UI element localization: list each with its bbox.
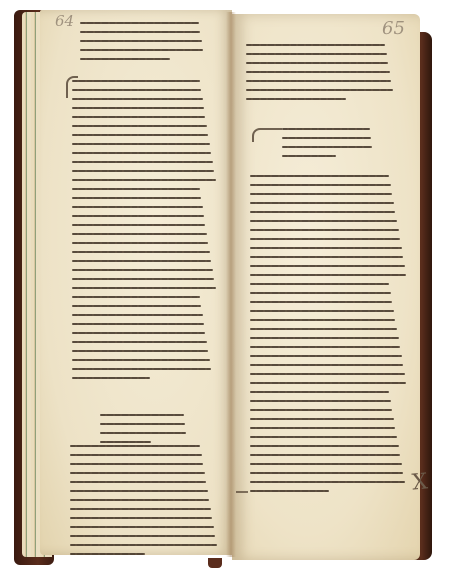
handwritten-line (250, 409, 392, 411)
handwritten-line (250, 256, 403, 258)
handwritten-line (72, 242, 208, 244)
handwritten-line (250, 400, 391, 402)
handwritten-line (250, 247, 402, 249)
handwritten-line (250, 211, 395, 213)
handwritten-line (246, 98, 346, 100)
handwritten-line (72, 341, 207, 343)
handwritten-line (80, 22, 199, 24)
heading-flourish (252, 128, 282, 142)
handwritten-line (246, 53, 387, 55)
handwritten-line (250, 355, 402, 357)
handwritten-line (250, 175, 389, 177)
handwritten-line (80, 31, 200, 33)
handwritten-line (72, 197, 201, 199)
handwritten-line (70, 454, 202, 456)
handwritten-line (100, 432, 186, 434)
handwritten-line (72, 89, 201, 91)
handwritten-line (72, 377, 150, 379)
handwritten-line (80, 40, 202, 42)
handwritten-line (72, 296, 200, 298)
handwritten-line (246, 80, 391, 82)
handwritten-line (72, 251, 210, 253)
handwritten-line (250, 346, 400, 348)
left-main-paragraph (72, 80, 217, 386)
handwritten-line (70, 544, 217, 546)
handwritten-line (250, 364, 403, 366)
book-gutter (226, 12, 236, 557)
handwritten-line (250, 283, 389, 285)
handwritten-line (72, 305, 201, 307)
handwritten-line (72, 350, 208, 352)
handwritten-line (72, 269, 213, 271)
handwritten-line (70, 508, 211, 510)
right-top-paragraph (246, 44, 404, 107)
handwritten-line (72, 224, 205, 226)
handwritten-line (72, 206, 203, 208)
handwritten-line (70, 472, 205, 474)
handwritten-line (72, 134, 208, 136)
handwritten-line (72, 107, 204, 109)
handwritten-line (250, 328, 397, 330)
folio-number-right: 65 (382, 18, 405, 39)
handwritten-line (72, 98, 203, 100)
handwritten-line (250, 490, 329, 492)
handwritten-line (72, 80, 200, 82)
handwritten-line (250, 202, 394, 204)
handwritten-line (70, 553, 145, 555)
handwritten-line (72, 260, 211, 262)
handwritten-line (246, 62, 388, 64)
handwritten-line (250, 445, 399, 447)
handwritten-line (250, 337, 399, 339)
handwritten-line (246, 89, 393, 91)
handwritten-line (70, 481, 206, 483)
handwritten-line (100, 441, 151, 443)
handwritten-line (250, 427, 395, 429)
margin-x-mark: X (411, 469, 429, 495)
handwritten-line (80, 49, 203, 51)
handwritten-line (246, 44, 385, 46)
handwritten-line (250, 274, 406, 276)
handwritten-line (250, 193, 392, 195)
handwritten-line (72, 125, 207, 127)
handwritten-line (250, 454, 400, 456)
handwritten-line (250, 292, 391, 294)
right-heading-paragraph (282, 128, 382, 164)
handwritten-line (250, 265, 405, 267)
handwritten-line (250, 418, 394, 420)
margin-annotation (236, 491, 248, 493)
handwritten-line (282, 137, 371, 139)
handwritten-line (250, 301, 392, 303)
handwritten-line (250, 310, 394, 312)
handwritten-line (250, 373, 405, 375)
handwritten-line (72, 314, 203, 316)
handwritten-line (72, 323, 204, 325)
handwritten-line (250, 220, 397, 222)
handwritten-line (72, 215, 204, 217)
handwritten-line (72, 179, 216, 181)
handwritten-line (250, 382, 406, 384)
handwritten-line (282, 146, 372, 148)
handwritten-line (72, 287, 216, 289)
left-closing-paragraph (70, 445, 218, 562)
handwritten-line (80, 58, 170, 60)
handwritten-line (100, 414, 184, 416)
handwritten-line (70, 535, 215, 537)
handwritten-line (250, 238, 400, 240)
handwritten-line (250, 184, 391, 186)
handwritten-line (250, 463, 402, 465)
folio-number-left: 64 (55, 12, 74, 30)
handwritten-line (72, 170, 214, 172)
handwritten-line (72, 143, 210, 145)
handwritten-line (72, 368, 211, 370)
handwritten-line (72, 359, 210, 361)
handwritten-line (250, 481, 405, 483)
handwritten-line (70, 463, 203, 465)
handwritten-line (250, 229, 399, 231)
right-main-paragraph (250, 175, 408, 499)
handwritten-line (250, 436, 397, 438)
handwritten-line (246, 71, 390, 73)
handwritten-line (72, 161, 213, 163)
binding-tab (208, 558, 222, 568)
handwritten-line (70, 445, 200, 447)
handwritten-line (250, 472, 403, 474)
handwritten-line (100, 423, 185, 425)
handwritten-line (250, 319, 395, 321)
handwritten-line (70, 490, 208, 492)
handwritten-line (70, 526, 214, 528)
handwritten-line (72, 233, 207, 235)
handwritten-line (72, 332, 205, 334)
handwritten-line (72, 188, 200, 190)
handwritten-line (250, 391, 389, 393)
handwritten-line (70, 517, 212, 519)
handwritten-line (70, 499, 209, 501)
handwritten-line (72, 278, 214, 280)
left-opening-paragraph (80, 22, 215, 67)
handwritten-line (72, 116, 205, 118)
handwritten-line (282, 128, 370, 130)
handwritten-line (282, 155, 336, 157)
handwritten-line (72, 152, 211, 154)
